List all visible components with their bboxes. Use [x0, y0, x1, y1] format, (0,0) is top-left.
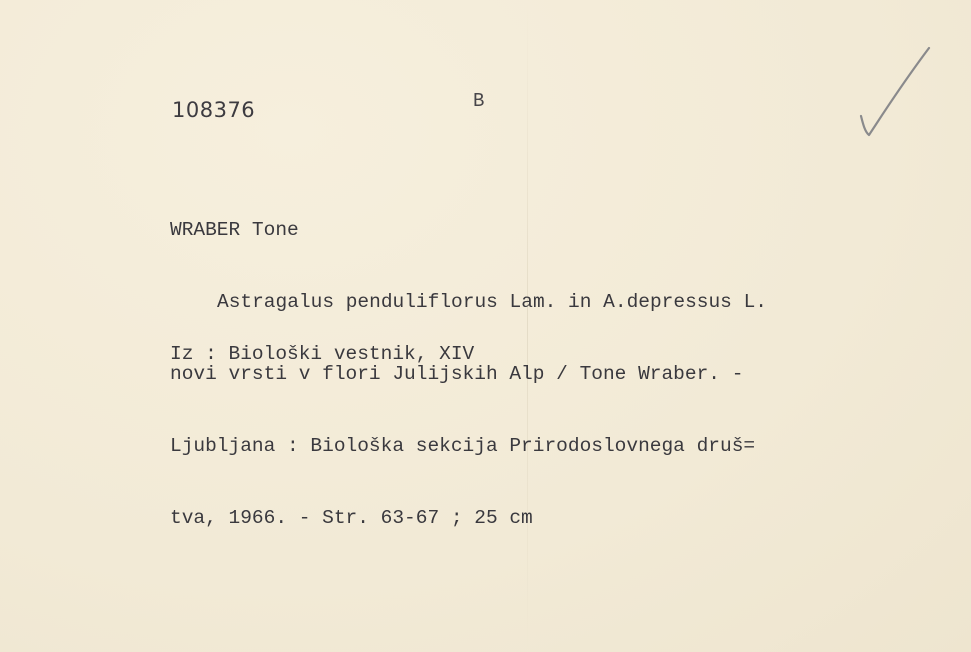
title-line-3: Ljubljana : Biološka sekcija Prirodoslov… — [170, 434, 767, 458]
title-line-1: Astragalus penduliflorus Lam. in A.depre… — [170, 290, 767, 314]
classification-letter: B — [473, 90, 484, 112]
title-line-2: novi vrsti v flori Julijskih Alp / Tone … — [170, 362, 767, 386]
author-heading: WRABER Tone — [170, 218, 767, 242]
accession-number: 108376 — [172, 98, 255, 122]
source-note: Iz : Biološki vestnik, XIV — [170, 343, 474, 365]
check-mark-icon — [855, 40, 935, 140]
title-line-4: tva, 1966. - Str. 63-67 ; 25 cm — [170, 506, 767, 530]
bibliographic-entry: WRABER Tone Astragalus penduliflorus Lam… — [170, 170, 767, 578]
catalog-card: 108376 B WRABER Tone Astragalus pendulif… — [0, 0, 971, 652]
